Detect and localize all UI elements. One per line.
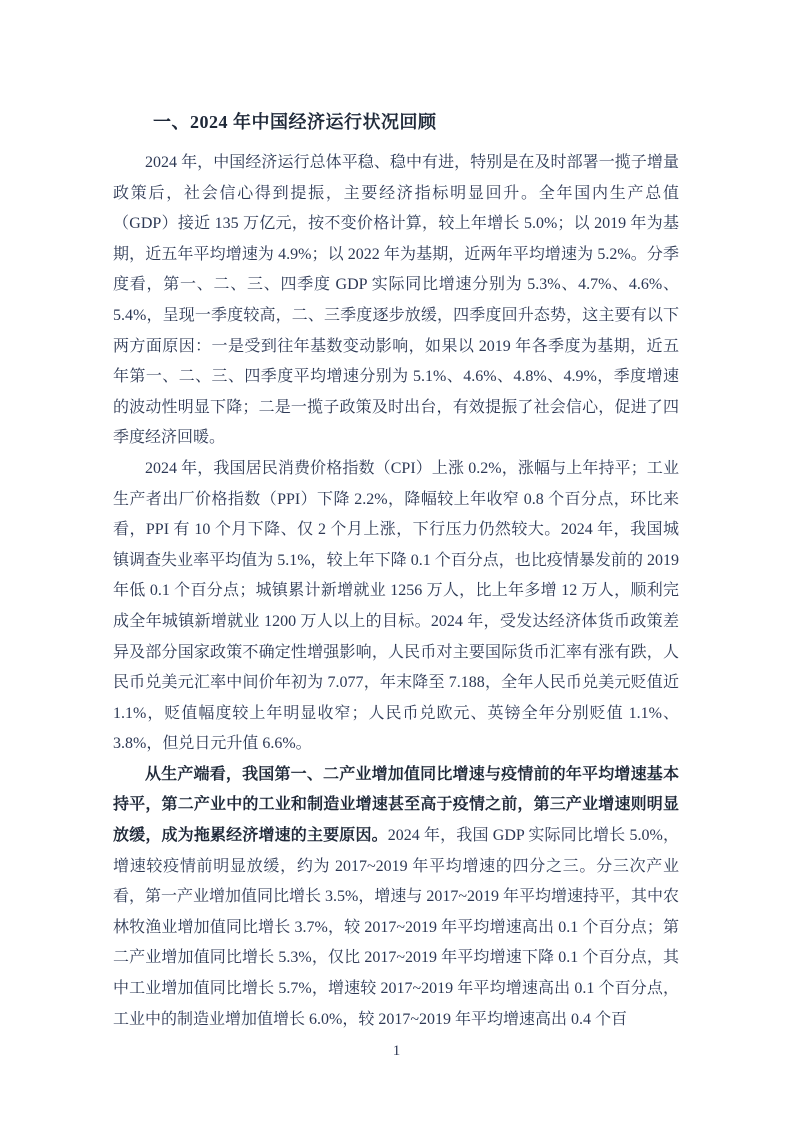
page-number: 1 <box>393 1043 401 1059</box>
paragraph-production-rest: 2024 年，我国 GDP 实际同比增长 5.0%，增速较疫情前明显放缓，约为 … <box>113 827 679 1028</box>
paragraph-prices-employment-fx: 2024 年，我国居民消费价格指数（CPI）上涨 0.2%，涨幅与上年持平；工业… <box>113 454 679 760</box>
page-footer: 1 <box>0 1042 793 1060</box>
section-heading: 一、2024 年中国经济运行状况回顾 <box>113 108 679 136</box>
paragraph-gdp-overview: 2024 年，中国经济运行总体平稳、稳中有进，特别是在及时部署一揽子增量政策后，… <box>113 148 679 454</box>
document-content: 一、2024 年中国经济运行状况回顾 2024 年，中国经济运行总体平稳、稳中有… <box>113 108 679 1035</box>
document-page: 一、2024 年中国经济运行状况回顾 2024 年，中国经济运行总体平稳、稳中有… <box>0 0 793 1122</box>
paragraph-production: 从生产端看，我国第一、二产业增加值同比增速与疫情前的年平均增速基本持平，第二产业… <box>113 760 679 1035</box>
